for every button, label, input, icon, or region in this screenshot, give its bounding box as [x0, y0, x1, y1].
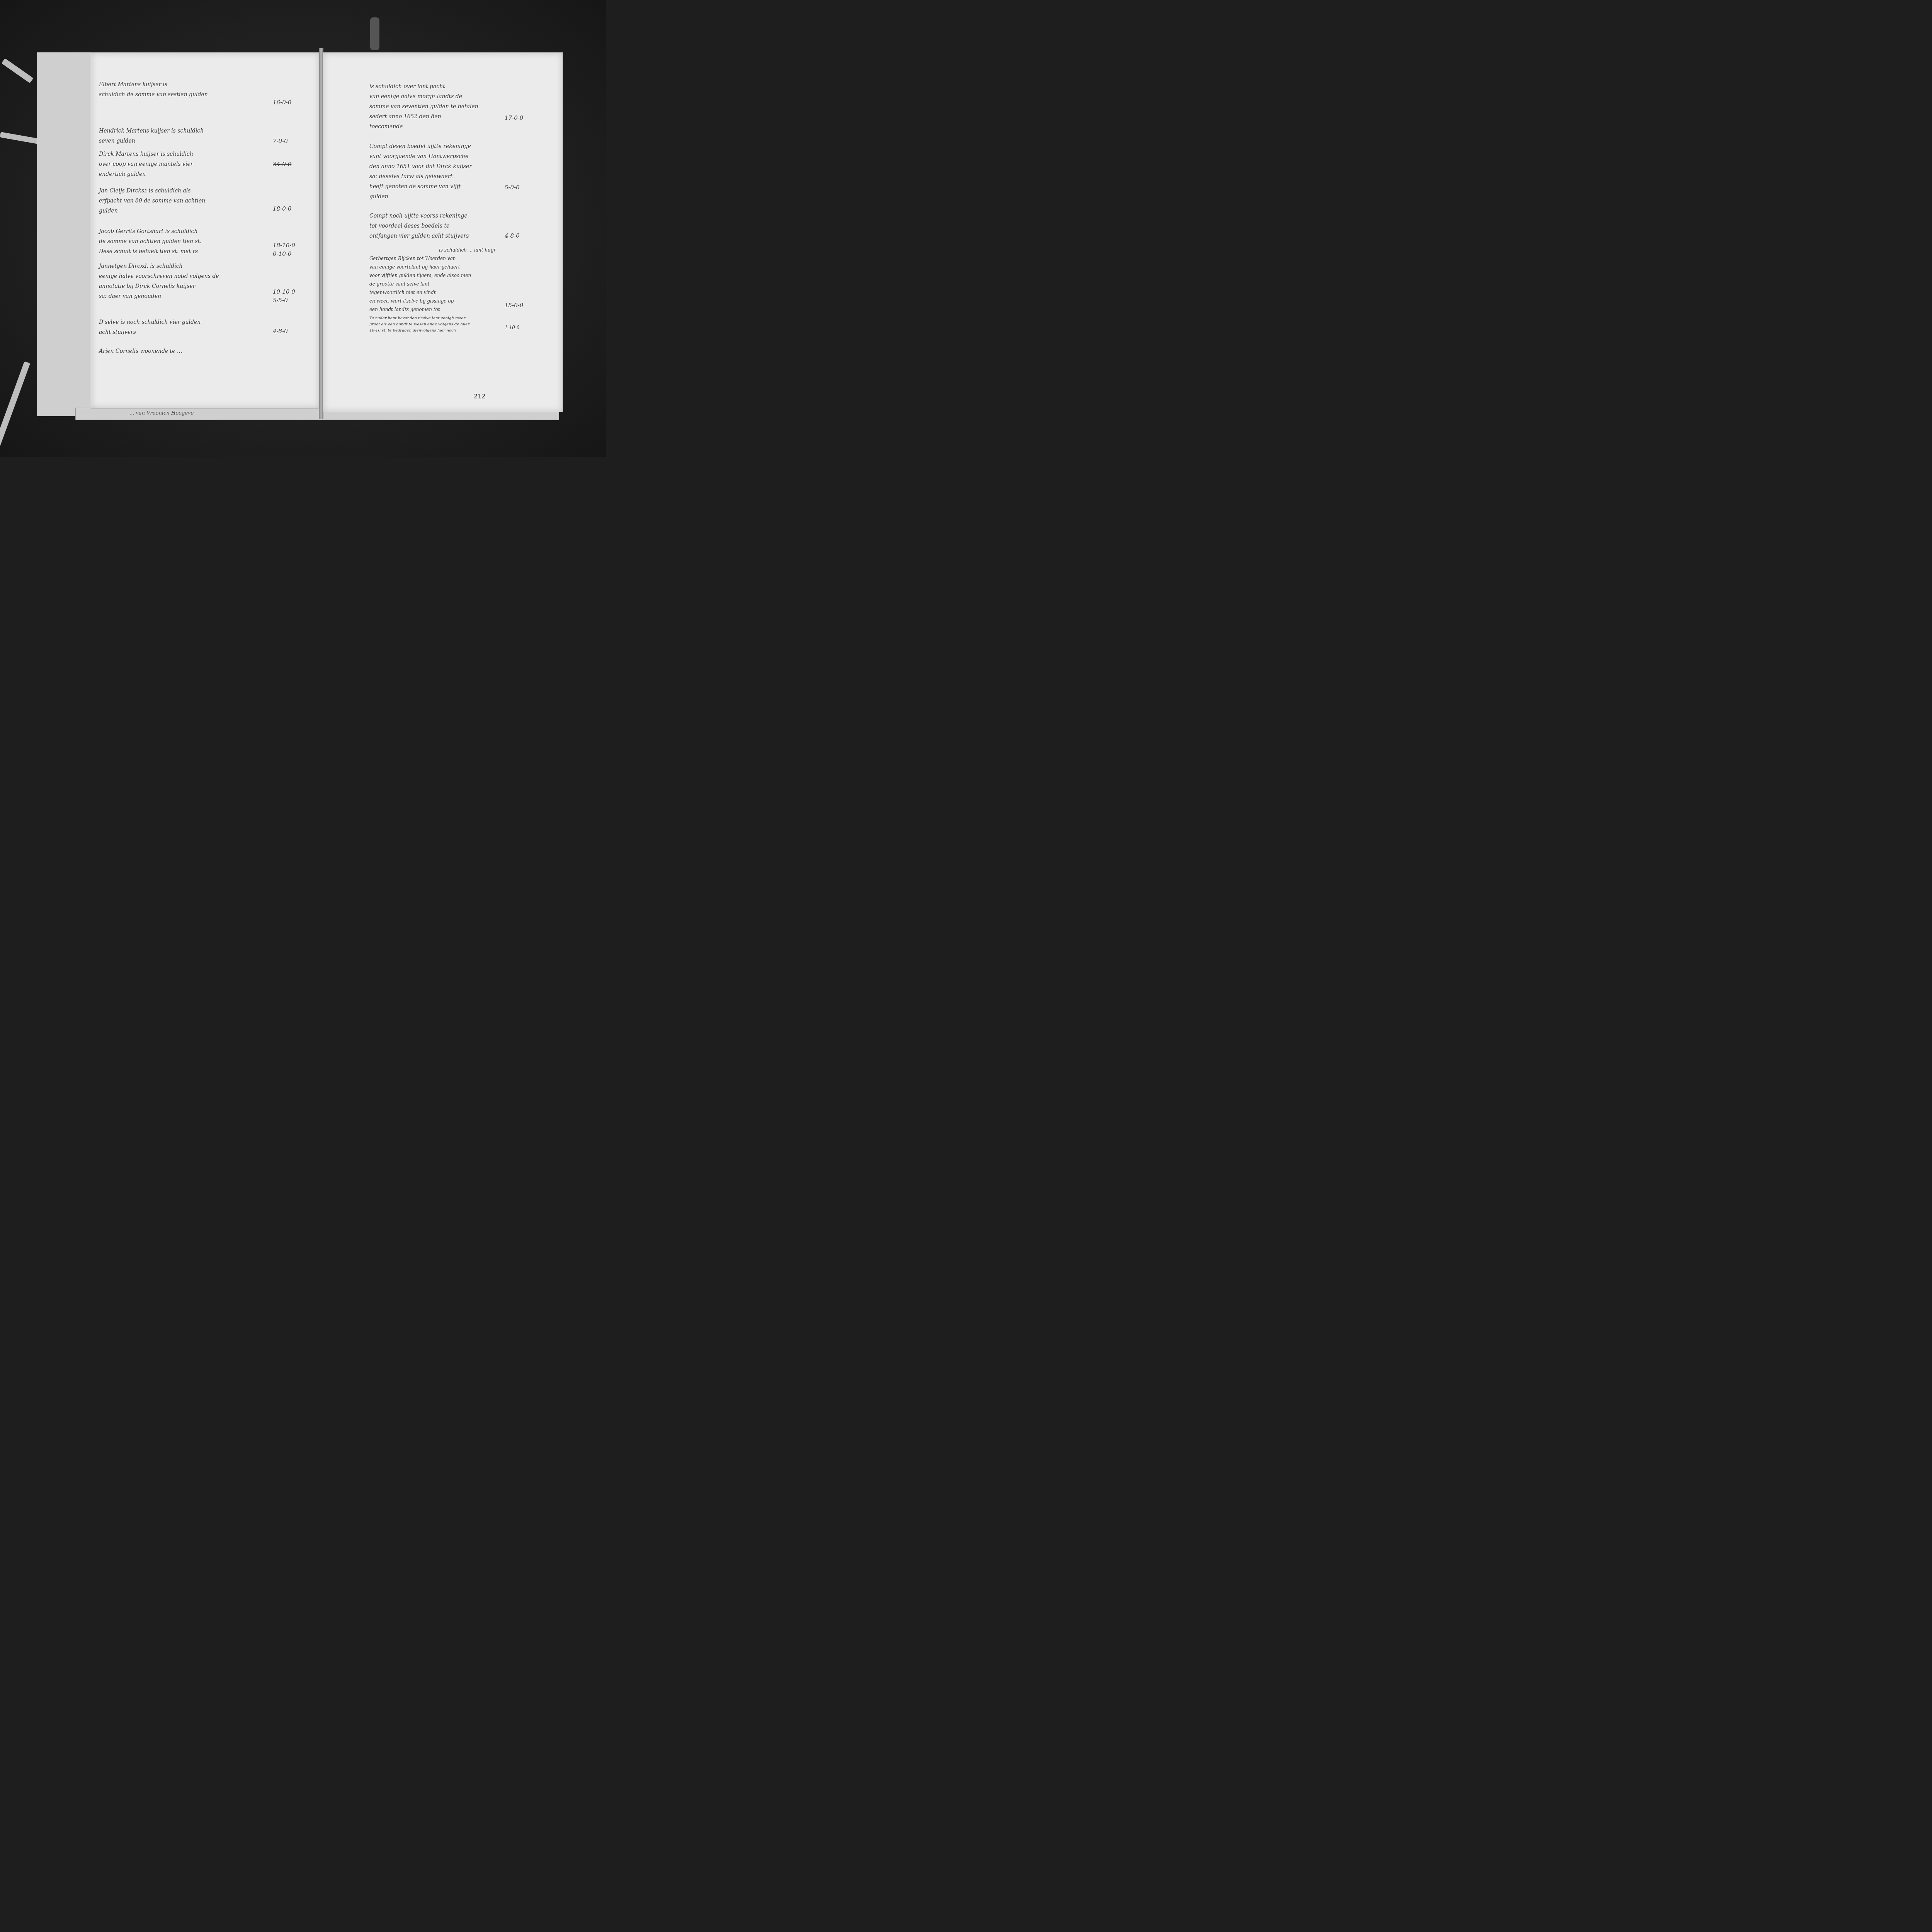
amount: 34-0-0 [273, 161, 291, 168]
ledger-entry: Jan Cleijs Dircksz is schuldich als erfp… [99, 186, 205, 216]
amount: 16-0-0 [273, 99, 291, 106]
ledger-entry: Arien Cornelis woonende te ... [99, 346, 182, 356]
ledger-entry: Elbert Martens kuijser is schuldich de s… [99, 80, 208, 100]
amount: 1-10-0 [505, 325, 520, 330]
amount: 5-0-0 [505, 184, 520, 191]
book-cover-left [37, 52, 92, 416]
clasp [370, 17, 379, 50]
right-page: is schuldich over lant pacht van eenige … [323, 52, 563, 412]
amount: 0-10-0 [273, 250, 291, 257]
ledger-entry: Compt desen boedel uijtte rekeninge vant… [369, 141, 472, 202]
ledger-entry-struck: Dirck Martens kuijser is schuldich over … [99, 149, 193, 179]
amount: 7-0-0 [273, 138, 288, 145]
amount: 18-0-0 [273, 205, 291, 212]
amount: 17-0-0 [505, 114, 523, 121]
folio-number: 212 [474, 393, 486, 400]
ledger-entry: Hendrick Martens kuijser is schuldich se… [99, 126, 204, 146]
ledger-entry: Te nader hant bevonden t'selve lant eeni… [369, 315, 469, 334]
ledger-entry: is schuldich ... lant huijr Gerbertgen R… [369, 246, 496, 314]
ledger-entry: D'selve is noch schuldich vier gulden ac… [99, 317, 201, 337]
bottom-edge-text: ... van Vroonlen Hoogeve [129, 410, 194, 416]
ledger-entry: is schuldich over lant pacht van eenige … [369, 82, 478, 132]
amount: 5-5-0 [273, 297, 288, 304]
ledger-entry: Jacob Gerrits Gortshart is schuldich de … [99, 226, 202, 257]
open-manuscript: Elbert Martens kuijser is schuldich de s… [37, 48, 570, 419]
amount: 15-0-0 [505, 302, 523, 309]
amount: 10-10-0 [273, 288, 295, 295]
left-page: Elbert Martens kuijser is schuldich de s… [91, 52, 320, 408]
amount: 4-8-0 [273, 328, 288, 335]
ledger-entry: Jannetgen Dircxd. is schuldich eenige ha… [99, 261, 219, 301]
ledger-entry: Compt noch uijtte voorss rekeninge tot v… [369, 211, 469, 241]
amount: 4-8-0 [505, 232, 520, 239]
amount: 18-10-0 [273, 242, 295, 249]
